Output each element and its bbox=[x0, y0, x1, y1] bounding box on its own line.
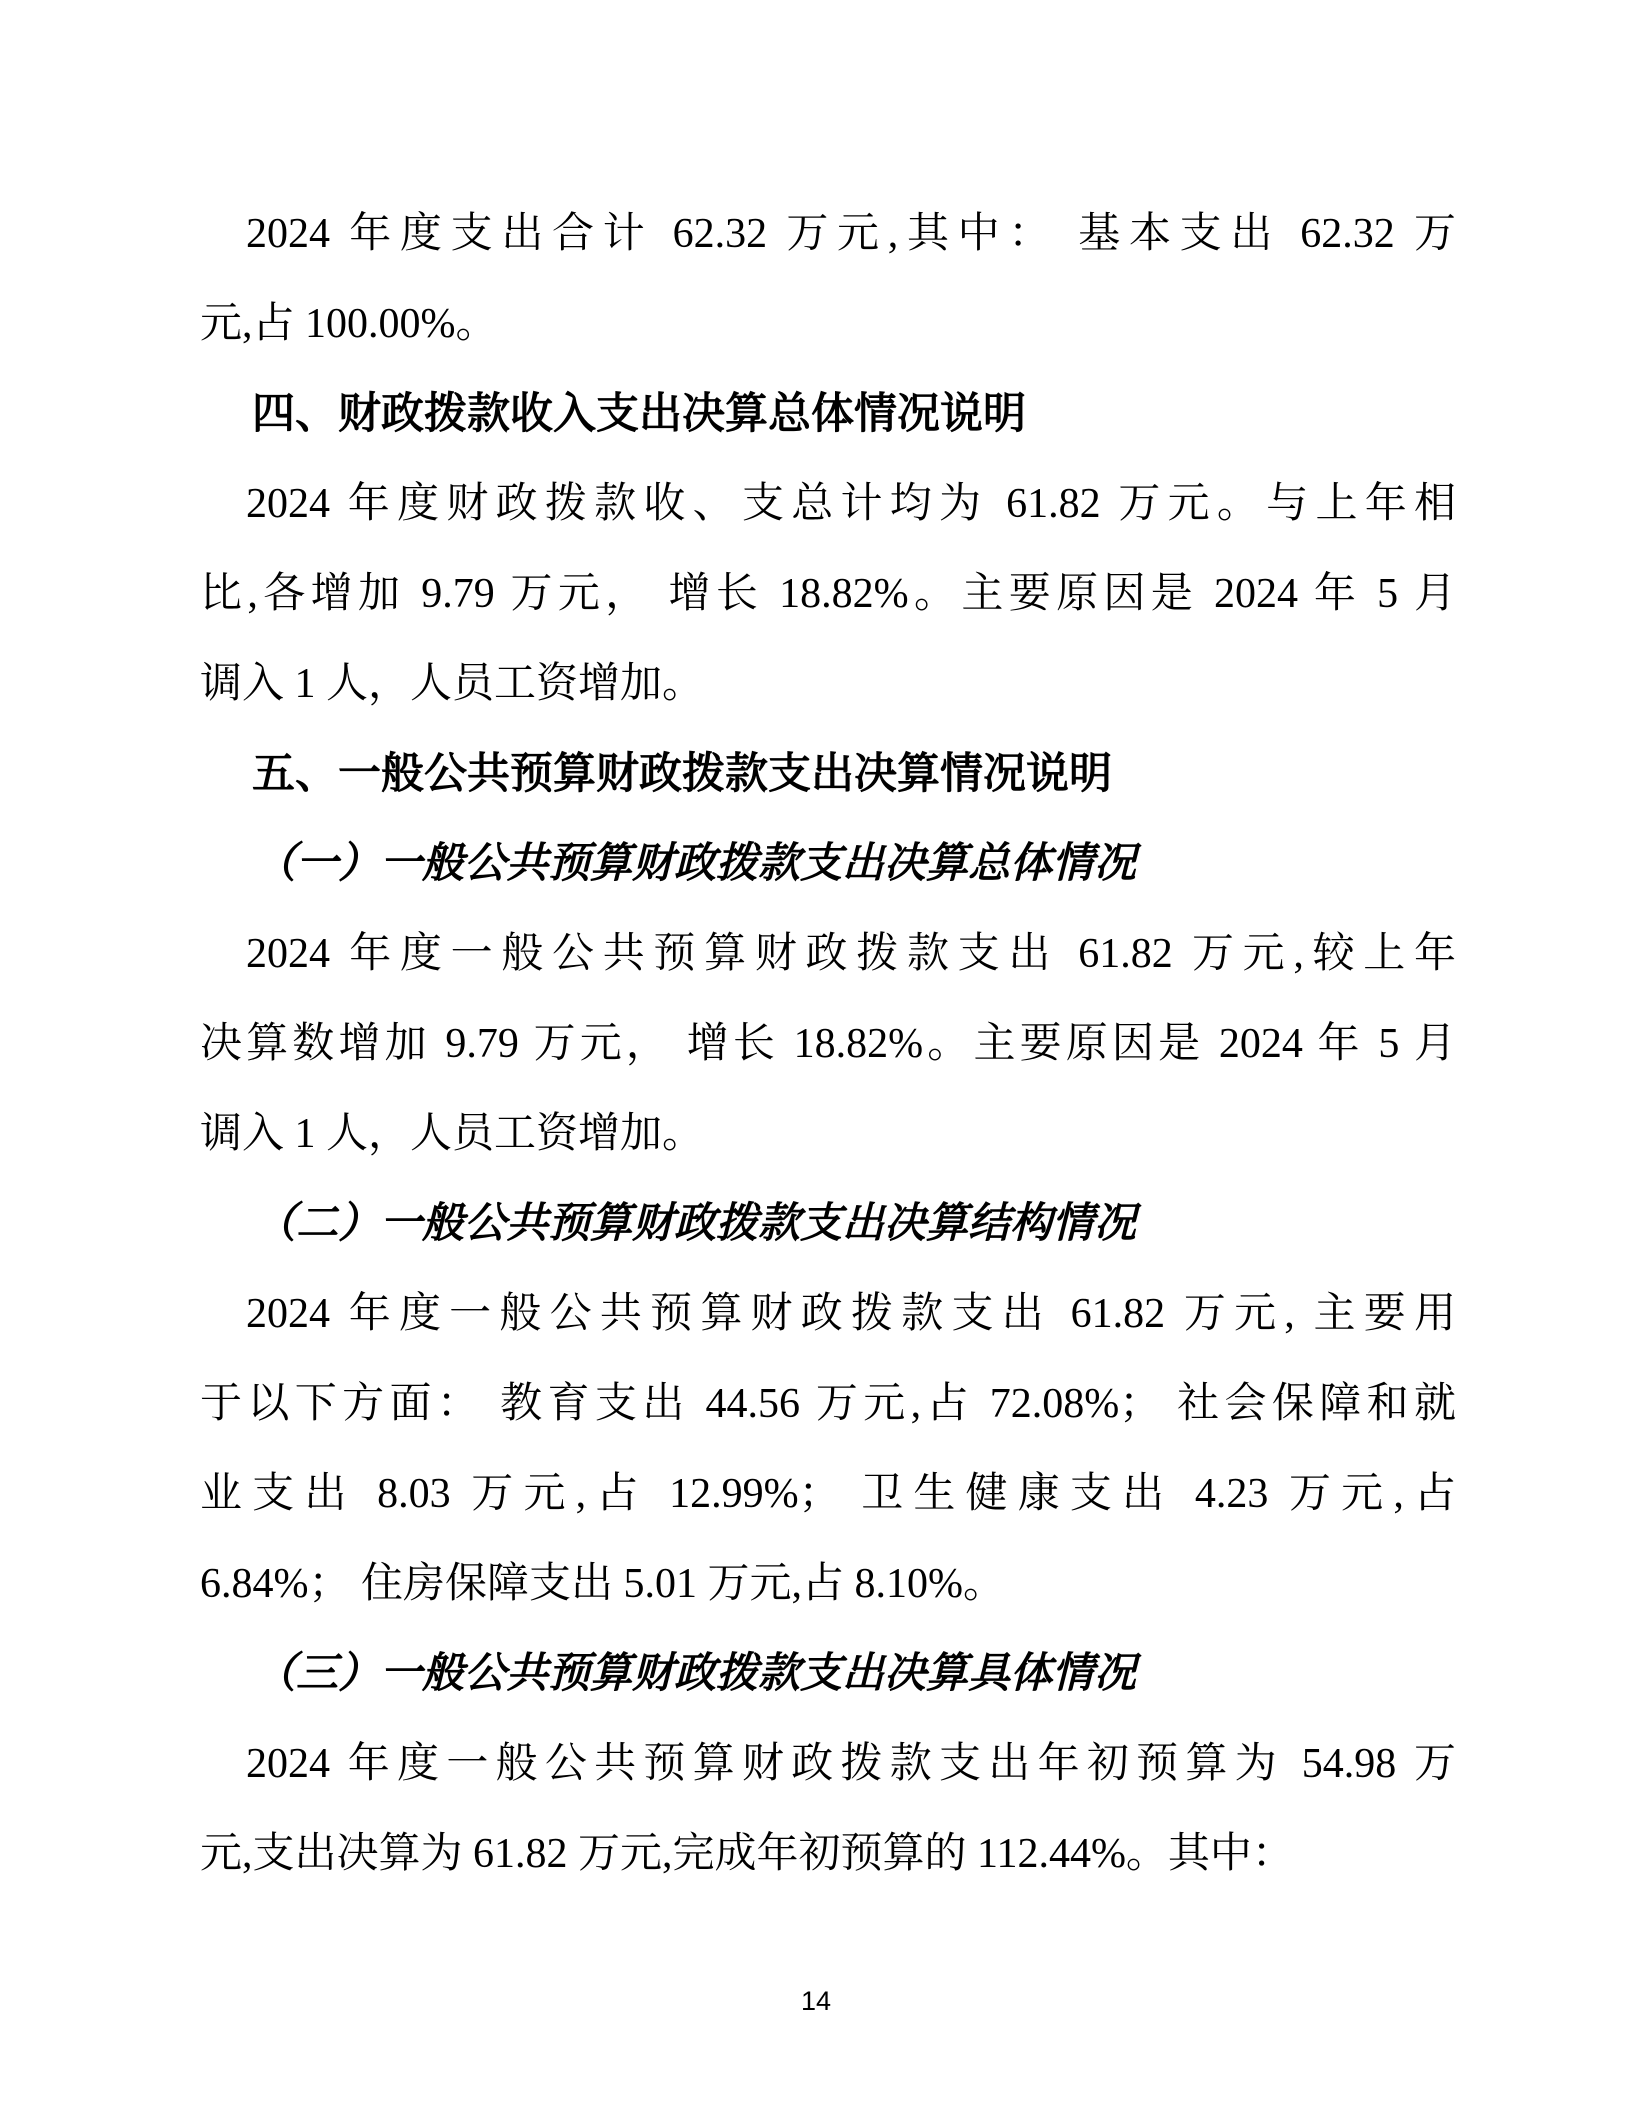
paragraph-line: 2024 年度财政拨款收、支总计均为 61.82 万元。与上年相 bbox=[200, 459, 1456, 549]
section-heading-4: 四、财政拨款收入支出决算总体情况说明 bbox=[200, 369, 1456, 459]
paragraph-line: 2024 年度一般公共预算财政拨款支出年初预算为 54.98 万 bbox=[200, 1719, 1456, 1809]
paragraph-line: 6.84%； 住房保障支出 5.01 万元,占 8.10%。 bbox=[200, 1539, 1456, 1629]
page-number: 14 bbox=[0, 1986, 1632, 2017]
paragraph-line: 调入 1 人，人员工资增加。 bbox=[200, 639, 1456, 729]
paragraph-line: 决算数增加 9.79 万元， 增长 18.82%。主要原因是 2024 年 5 … bbox=[200, 999, 1456, 1089]
paragraph-line: 2024 年度支出合计 62.32 万元,其中： 基本支出 62.32 万 bbox=[200, 189, 1456, 279]
paragraph-line: 元,支出决算为 61.82 万元,完成年初预算的 112.44%。其中： bbox=[200, 1809, 1456, 1899]
subsection-heading-2: （二）一般公共预算财政拨款支出决算结构情况 bbox=[200, 1179, 1456, 1269]
paragraph-line: 比,各增加 9.79 万元， 增长 18.82%。主要原因是 2024 年 5 … bbox=[200, 549, 1456, 639]
subsection-heading-3: （三）一般公共预算财政拨款支出决算具体情况 bbox=[200, 1629, 1456, 1719]
paragraph-line: 业支出 8.03 万元,占 12.99%； 卫生健康支出 4.23 万元,占 bbox=[200, 1449, 1456, 1539]
section-heading-5: 五、一般公共预算财政拨款支出决算情况说明 bbox=[200, 729, 1456, 819]
subsection-heading-1: （一）一般公共预算财政拨款支出决算总体情况 bbox=[200, 819, 1456, 909]
paragraph-line: 于以下方面： 教育支出 44.56 万元,占 72.08%； 社会保障和就 bbox=[200, 1359, 1456, 1449]
paragraph-line: 2024 年度一般公共预算财政拨款支出 61.82 万元,较上年 bbox=[200, 909, 1456, 999]
paragraph-line: 元,占 100.00%。 bbox=[200, 279, 1456, 369]
document-page: 2024 年度支出合计 62.32 万元,其中： 基本支出 62.32 万 元,… bbox=[0, 0, 1632, 2112]
document-body: 2024 年度支出合计 62.32 万元,其中： 基本支出 62.32 万 元,… bbox=[200, 189, 1456, 1899]
paragraph-line: 调入 1 人，人员工资增加。 bbox=[200, 1089, 1456, 1179]
paragraph-line: 2024 年度一般公共预算财政拨款支出 61.82 万元, 主要用 bbox=[200, 1269, 1456, 1359]
